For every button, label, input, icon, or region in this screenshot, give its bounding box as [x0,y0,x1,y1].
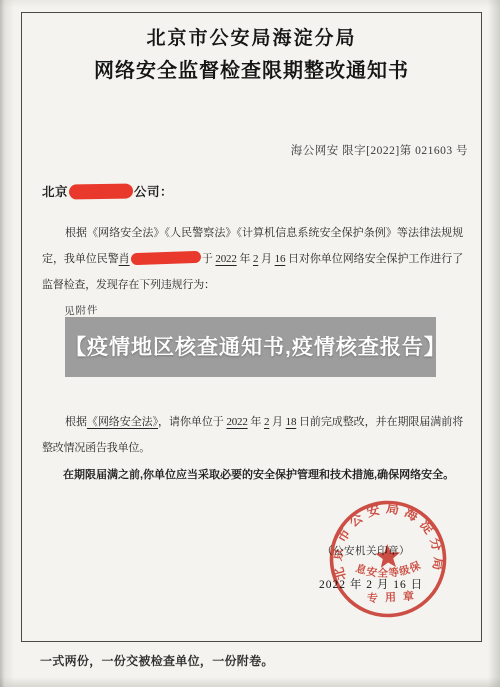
redaction-mark [69,183,133,199]
para1-year: 2022 [215,253,236,265]
document-number: 海公网安 限字[2022]第 021603 号 [21,142,468,158]
para2-lead: 根据 [65,416,87,428]
para2-month-unit: 月 [269,416,285,428]
para2-year: 2022 [226,416,247,428]
para1-after-redaction: 于 [202,253,216,265]
para1-officer-surname: 肖 [119,253,130,265]
body-paragraph-requirement: 在期限届满之前,你单位应当采取必要的安全保护管理和技术措施,确保网络安全。 [42,466,454,484]
para2-mid: ，请你单位于 [158,416,226,428]
seal-graphic: 北京市公安局海淀分局 信息安全等级保护 专用章 [323,494,453,624]
body-paragraph-deadline: 根据《网络安全法》，请你单位于 2022 年 2 月 18 日前完成整改，并在期… [42,409,463,461]
body-paragraph-inspection: 根据《网络安全法》《人民警察法》《计算机信息系统安全保护条例》等法律法规规定，我… [42,220,463,298]
seal-bottom-text: 专用章 [367,588,422,605]
addressee-suffix: 公司： [134,185,173,199]
watermark-caption-text: 【疫情地区核查通知书,疫情核查报告】 [65,334,436,361]
issuer-title: 北京市公安局海淀分局 [21,23,482,50]
addressee-line: 北京公司： [42,182,173,200]
para1-day: 16 [275,253,286,265]
para2-year-unit: 年 [248,416,264,428]
para1-month-unit: 月 [258,253,274,265]
watermark-caption: 【疫情地区核查通知书,疫情核查报告】 [65,317,436,377]
official-seal: 北京市公安局海淀分局 信息安全等级保护 专用章 [323,494,453,624]
para1-year-unit: 年 [237,253,253,265]
document-photo: 北京市公安局海淀分局 网络安全监督检查限期整改通知书 海公网安 限字[2022]… [0,0,500,687]
para2-day: 18 [286,416,297,428]
star-icon [375,543,401,568]
footer-note: 一式两份，一份交被检查单位，一份附卷。 [40,652,274,669]
notice-title: 网络安全监督检查限期整改通知书 [21,54,482,83]
para2-law-name: 《网络安全法》 [87,416,158,428]
redaction-mark [130,251,200,265]
addressee-prefix: 北京 [42,185,68,199]
